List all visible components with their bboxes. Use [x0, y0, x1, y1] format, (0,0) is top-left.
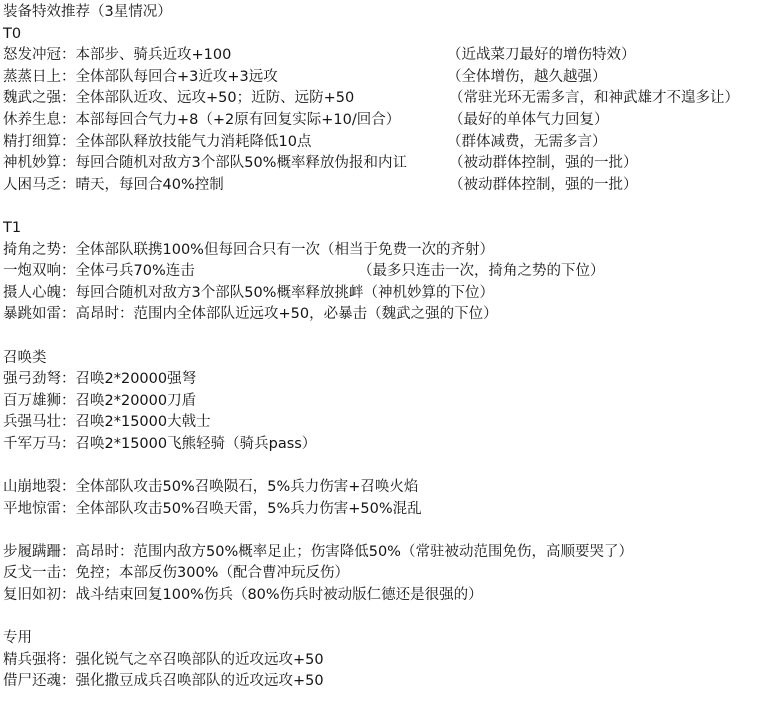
effect-note: （神机妙算的下位） [363, 285, 494, 301]
effect-note: （80%伤兵时被动版仁德还是很强的） [233, 587, 483, 603]
list-item: 复旧如初：战斗结束回复100%伤兵（80%伤兵时被动版仁德还是很强的） [3, 585, 760, 607]
effect-desc: 召唤2*15000大戟士 [76, 414, 211, 430]
section-heading-exclusive: 专用 [3, 628, 760, 650]
effect-name: 暴跳如雷： [3, 306, 76, 322]
effect-note: （常驻被动范围免伤，高顺要哭了） [401, 544, 633, 560]
effect-desc: 召唤2*20000强弩 [76, 371, 197, 387]
list-item: 魏武之强：全体部队近攻、远攻+50；近防、远防+50（常驻光环无需多言，和神武雄… [3, 88, 760, 110]
document: 装备特效推荐（3星情况） T0 怒发冲冠：本部步、骑兵近攻+100（近战菜刀最好… [0, 0, 760, 693]
effect-name: 掎角之势： [3, 242, 76, 258]
list-item: 摄人心魄：每回合随机对敌方3个部队50%概率释放挑衅（神机妙算的下位） [3, 283, 760, 305]
spacer [3, 196, 760, 218]
effect-note: （群体减费，无需多言） [447, 132, 607, 154]
list-item: 精兵强将：强化锐气之卒召唤部队的近攻远攻+50 [3, 650, 760, 672]
effect-name: 步履蹒跚： [3, 544, 76, 560]
effect-desc: 免控；本部反伤300% [76, 565, 219, 581]
effect-desc: 全体部队攻击50%召唤天雷，5%兵力伤害+50%混乱 [76, 501, 422, 517]
effect-name: 摄人心魄： [3, 285, 76, 301]
list-item: 精打细算：全体部队释放技能气力消耗降低10点（群体减费，无需多言） [3, 132, 760, 154]
effect-desc: 召唤2*20000刀盾 [76, 393, 197, 409]
effect-desc: 全体部队每回合+3近攻+3远攻 [76, 69, 278, 85]
effect-note: （骑兵pass） [225, 436, 316, 452]
effect-desc: 强化撒豆成兵召唤部队的近攻远攻+50 [76, 673, 324, 689]
effect-name: 千军万马： [3, 436, 76, 452]
effect-desc: 全体部队联携100%但每回合只有一次 [76, 242, 320, 258]
effect-note: （相当于免费一次的齐射） [320, 242, 494, 258]
effect-name: 一炮双响： [3, 263, 76, 279]
effect-desc: 每回合随机对敌方3个部队50%概率释放挑衅 [76, 285, 364, 301]
effect-desc: 召唤2*15000飞熊轻骑 [76, 436, 226, 452]
effect-desc: 强化锐气之卒召唤部队的近攻远攻+50 [76, 652, 324, 668]
effect-name: 平地惊雷： [3, 501, 76, 517]
effect-note: （魏武之强的下位） [367, 306, 498, 322]
document-title: 装备特效推荐（3星情况） [3, 2, 760, 24]
spacer [3, 326, 760, 348]
effect-name: 百万雄狮： [3, 393, 76, 409]
effect-note: （配合曹冲玩反伤） [218, 565, 349, 581]
effect-name: 魏武之强： [3, 90, 76, 106]
list-item: 山崩地裂：全体部队攻击50%召唤陨石，5%兵力伤害+召唤火焰 [3, 477, 760, 499]
effect-name: 复旧如初： [3, 587, 76, 603]
list-item: 掎角之势：全体部队联携100%但每回合只有一次（相当于免费一次的齐射） [3, 240, 760, 262]
list-item: 一炮双响：全体弓兵70%连击（最多只连击一次，掎角之势的下位） [3, 261, 760, 283]
list-item: 兵强马壮：召唤2*15000大戟士 [3, 412, 760, 434]
section-heading-t0: T0 [3, 24, 760, 46]
effect-desc: 晴天，每回合40%控制 [76, 177, 224, 193]
effect-note: （近战菜刀最好的增伤特效） [447, 45, 636, 67]
effect-desc: 高昂时：范围内全体部队近远攻+50，必暴击 [76, 306, 368, 322]
list-item: 暴跳如雷：高昂时：范围内全体部队近远攻+50，必暴击（魏武之强的下位） [3, 304, 760, 326]
list-item: 休养生息：本部每回合气力+8（+2原有回复实际+10/回合）（最好的单体气力回复… [3, 110, 760, 132]
list-item: 强弓劲弩：召唤2*20000强弩 [3, 369, 760, 391]
effect-name: 蒸蒸日上： [3, 69, 76, 85]
list-item: 借尸还魂：强化撒豆成兵召唤部队的近攻远攻+50 [3, 671, 760, 693]
effect-desc: 全体部队攻击50%召唤陨石，5%兵力伤害+召唤火焰 [76, 479, 419, 495]
effect-desc: 全体部队释放技能气力消耗降低10点 [76, 134, 312, 150]
effect-desc: 本部每回合气力+8（+2原有回复实际+10/回合） [76, 112, 401, 128]
list-item: 千军万马：召唤2*15000飞熊轻骑（骑兵pass） [3, 434, 760, 456]
list-item: 反戈一击：免控；本部反伤300%（配合曹冲玩反伤） [3, 563, 760, 585]
effect-name: 山崩地裂： [3, 479, 76, 495]
effect-name: 怒发冲冠： [3, 47, 76, 63]
effect-note: （全体增伤，越久越强） [447, 67, 607, 89]
effect-note: （最好的单体气力回复） [449, 110, 609, 132]
effect-note: （常驻光环无需多言，和神武雄才不遑多让） [449, 88, 739, 110]
effect-name: 强弓劲弩： [3, 371, 76, 387]
effect-desc: 本部步、骑兵近攻+100 [76, 47, 232, 63]
effect-desc: 全体弓兵70%连击 [76, 263, 195, 279]
list-item: 怒发冲冠：本部步、骑兵近攻+100（近战菜刀最好的增伤特效） [3, 45, 760, 67]
list-item: 蒸蒸日上：全体部队每回合+3近攻+3远攻（全体增伤，越久越强） [3, 67, 760, 89]
effect-desc: 每回合随机对敌方3个部队50%概率释放伪报和内讧 [76, 155, 407, 171]
list-item: 平地惊雷：全体部队攻击50%召唤天雷，5%兵力伤害+50%混乱 [3, 499, 760, 521]
spacer [3, 607, 760, 629]
effect-name: 反戈一击： [3, 565, 76, 581]
effect-name: 兵强马壮： [3, 414, 76, 430]
effect-desc: 全体部队近攻、远攻+50；近防、远防+50 [76, 90, 355, 106]
effect-name: 神机妙算： [3, 155, 76, 171]
effect-name: 休养生息： [3, 112, 76, 128]
effect-note: （最多只连击一次，掎角之势的下位） [358, 261, 605, 283]
effect-desc: 战斗结束回复100%伤兵 [76, 587, 233, 603]
effect-note: （被动群体控制，强的一批） [449, 153, 638, 175]
spacer [3, 455, 760, 477]
effect-note: （被动群体控制，强的一批） [449, 175, 638, 197]
effect-name: 借尸还魂： [3, 673, 76, 689]
list-item: 百万雄狮：召唤2*20000刀盾 [3, 391, 760, 413]
effect-name: 精打细算： [3, 134, 76, 150]
effect-desc: 高昂时：范围内敌方50%概率足止；伤害降低50% [76, 544, 401, 560]
effect-name: 人困马乏： [3, 177, 76, 193]
list-item: 人困马乏：晴天，每回合40%控制（被动群体控制，强的一批） [3, 175, 760, 197]
spacer [3, 520, 760, 542]
list-item: 神机妙算：每回合随机对敌方3个部队50%概率释放伪报和内讧（被动群体控制，强的一… [3, 153, 760, 175]
section-heading-summon: 召唤类 [3, 348, 760, 370]
list-item: 步履蹒跚：高昂时：范围内敌方50%概率足止；伤害降低50%（常驻被动范围免伤，高… [3, 542, 760, 564]
effect-name: 精兵强将： [3, 652, 76, 668]
section-heading-t1: T1 [3, 218, 760, 240]
